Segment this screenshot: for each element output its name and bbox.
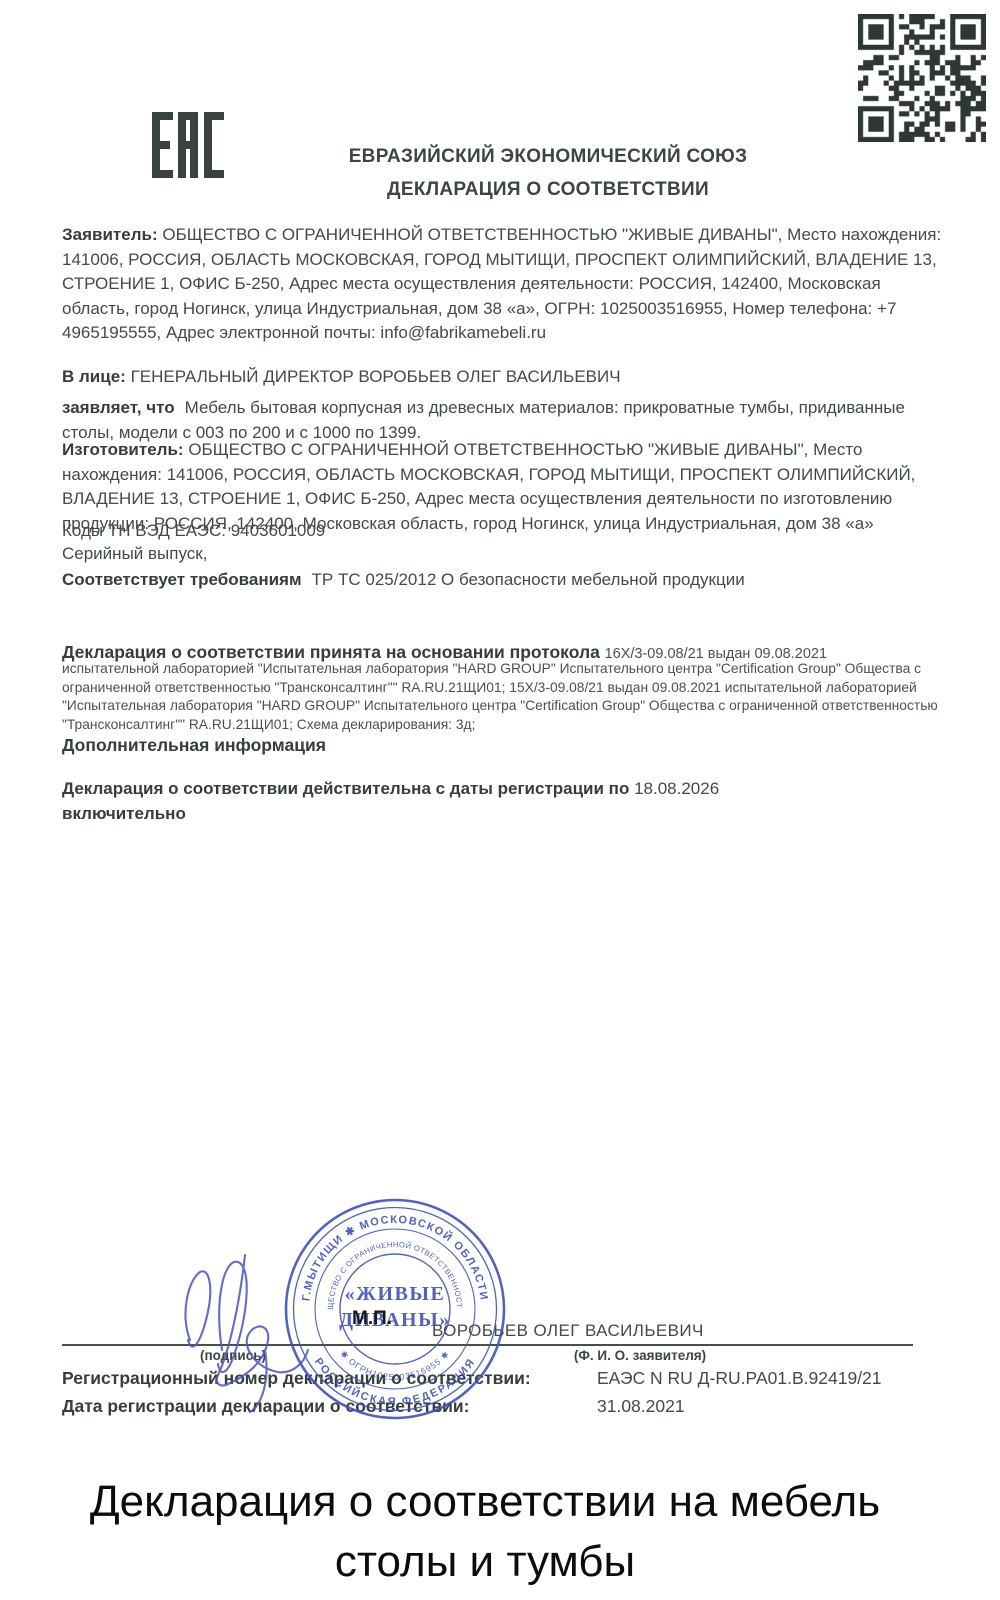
serial-line: Серийный выпуск, bbox=[62, 542, 942, 567]
validity-suffix: включительно bbox=[62, 804, 186, 823]
validity-paragraph: Декларация о соответствии действительна … bbox=[62, 777, 942, 826]
in-person-label: В лице: bbox=[62, 367, 126, 386]
complies-paragraph: Соответствует требованиямТР ТС 025/2012 … bbox=[62, 568, 942, 593]
bottom-caption-line1: Декларация о соответствии на мебель bbox=[0, 1472, 970, 1532]
document-header: ЕВРАЗИЙСКИЙ ЭКОНОМИЧЕСКИЙ СОЮЗ ДЕКЛАРАЦИ… bbox=[96, 140, 1000, 206]
additional-info-heading: Дополнительная информация bbox=[62, 733, 942, 758]
declaration-document: ЕВРАЗИЙСКИЙ ЭКОНОМИЧЕСКИЙ СОЮЗ ДЕКЛАРАЦИ… bbox=[0, 0, 1000, 1600]
stamp-center-line1: «ЖИВЫЕ bbox=[345, 1283, 446, 1305]
declares-label: заявляет, что bbox=[62, 398, 175, 417]
manufacturer-label: Изготовитель: bbox=[62, 440, 184, 459]
validity-date: 18.08.2026 bbox=[634, 779, 719, 798]
stamp-ring-inner-bottom: ✱ ОГРН1025003516955 ✱ bbox=[338, 1349, 451, 1382]
complies-text: ТР ТС 025/2012 О безопасности мебельной … bbox=[312, 570, 745, 589]
basis-details: испытательной лабораторией "Испытательна… bbox=[62, 660, 942, 735]
declares-text: Мебель бытовая корпусная из древесных ма… bbox=[62, 398, 905, 442]
bottom-caption: Декларация о соответствии на мебель стол… bbox=[0, 1472, 970, 1592]
complies-label: Соответствует требованиям bbox=[62, 570, 302, 589]
applicant-paragraph: Заявитель: ОБЩЕСТВО С ОГРАНИЧЕННОЙ ОТВЕТ… bbox=[62, 223, 942, 346]
registration-number-value: ЕАЭС N RU Д-RU.РА01.В.92419/21 bbox=[597, 1368, 882, 1389]
signature-scribble bbox=[170, 1240, 330, 1420]
applicant-text: ОБЩЕСТВО С ОГРАНИЧЕННОЙ ОТВЕТСТВЕННОСТЬЮ… bbox=[62, 225, 941, 342]
union-title: ЕВРАЗИЙСКИЙ ЭКОНОМИЧЕСКИЙ СОЮЗ bbox=[96, 140, 1000, 173]
registration-date-value: 31.08.2021 bbox=[597, 1396, 685, 1417]
full-name-caption: (Ф. И. О. заявителя) bbox=[540, 1348, 740, 1363]
tnved-line: Коды ТН ВЭД ЕАЭС: 9403601009 bbox=[62, 519, 942, 544]
bottom-caption-line2: столы и тумбы bbox=[0, 1532, 970, 1592]
validity-label: Декларация о соответствии действительна … bbox=[62, 779, 629, 798]
in-person-paragraph: В лице: ГЕНЕРАЛЬНЫЙ ДИРЕКТОР ВОРОБЬЕВ ОЛ… bbox=[62, 365, 942, 390]
qr-code-icon bbox=[858, 14, 986, 142]
stamp-place-label: М.П. bbox=[352, 1308, 392, 1330]
doc-title: ДЕКЛАРАЦИЯ О СООТВЕТСТВИИ bbox=[96, 173, 1000, 206]
applicant-label: Заявитель: bbox=[62, 225, 158, 244]
in-person-text: ГЕНЕРАЛЬНЫЙ ДИРЕКТОР ВОРОБЬЕВ ОЛЕГ ВАСИЛ… bbox=[131, 367, 621, 386]
